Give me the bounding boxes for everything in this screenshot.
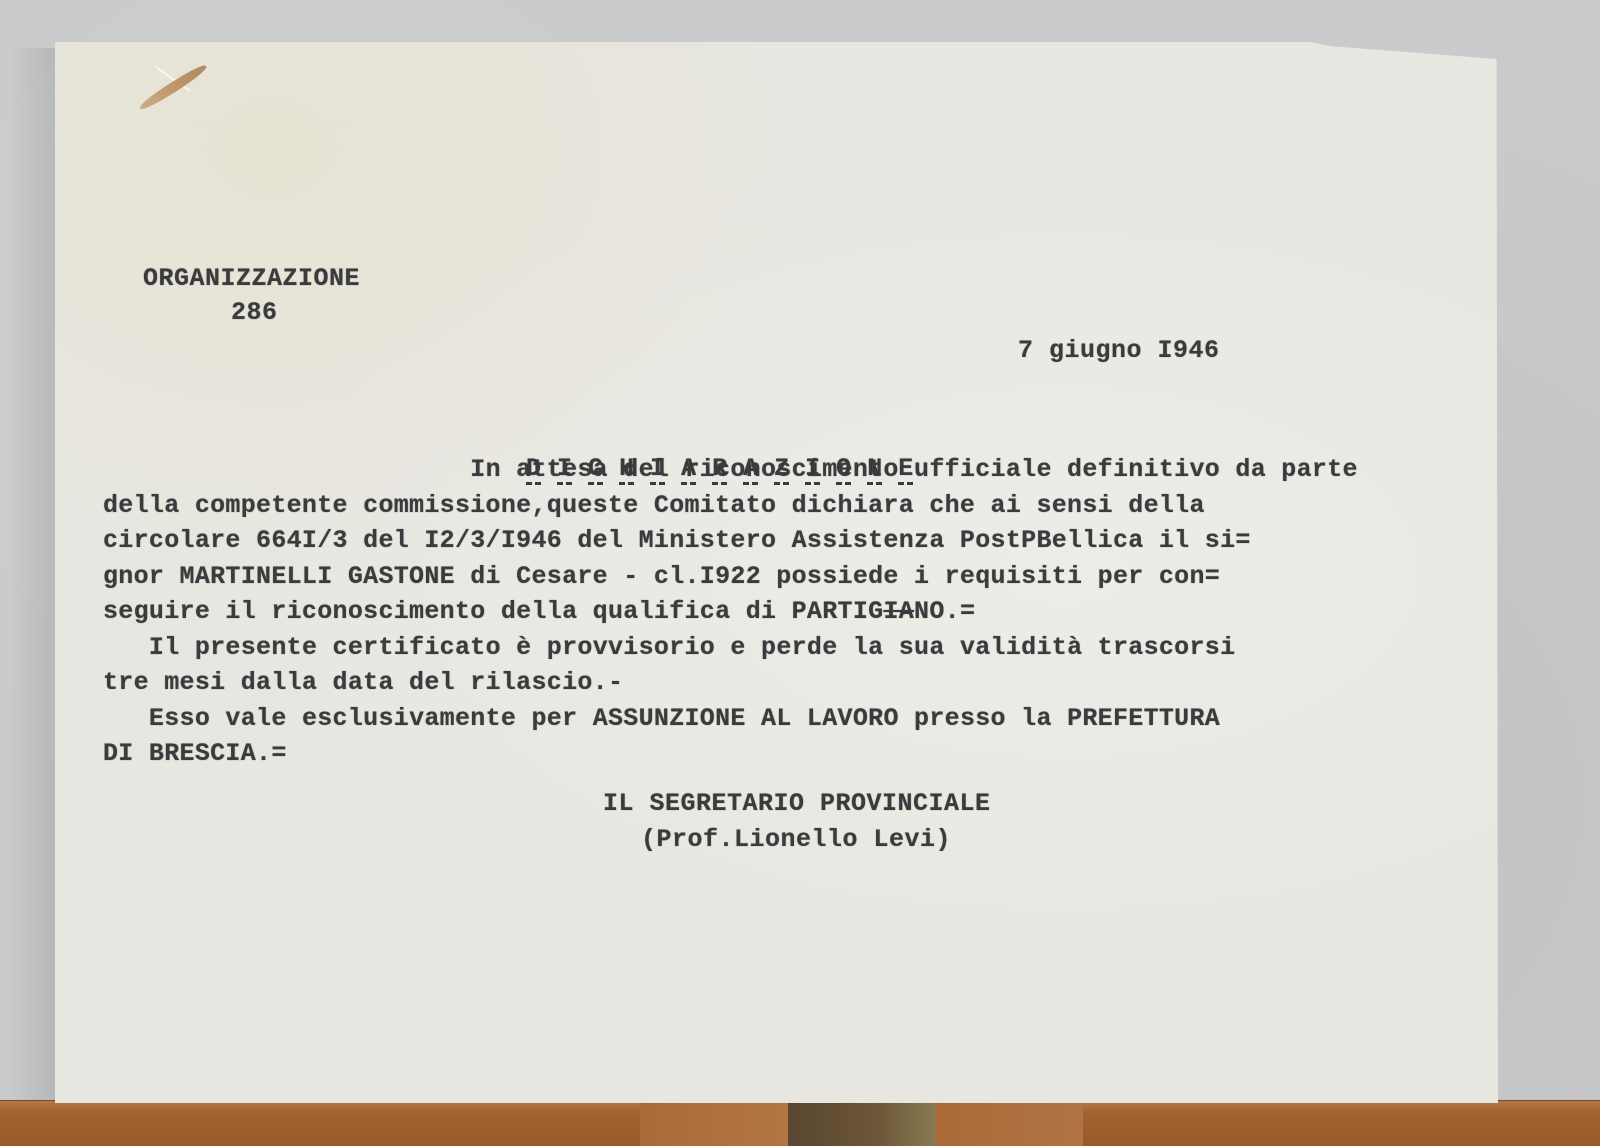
body-line: tre mesi dalla data del rilascio.- [103, 665, 1358, 701]
shelf-divider [640, 1100, 788, 1146]
organization-number: 286 [231, 296, 278, 330]
body-line: della competente commissione,queste Comi… [103, 488, 1358, 524]
body-line: In attesa del riconoscimento ufficiale d… [103, 452, 1358, 488]
backdrop-shadow [8, 48, 58, 1103]
document-date: 7 giugno I946 [1018, 334, 1220, 368]
body-line: gnor MARTINELLI GASTONE di Cesare - cl.I… [103, 559, 1358, 595]
organization-label: ORGANIZZAZIONE [143, 262, 360, 296]
shelf-plank-right [1083, 1100, 1600, 1146]
body-line: Esso vale esclusivamente per ASSUNZIONE … [103, 701, 1358, 737]
body-line: DI BRESCIA.= [103, 736, 1358, 772]
struck-out-text: IA [883, 597, 914, 626]
shelf-divider [788, 1100, 936, 1146]
document-body: In attesa del riconoscimento ufficiale d… [103, 452, 1358, 772]
body-line: circolare 664I/3 del I2/3/I946 del Minis… [103, 523, 1358, 559]
body-line: Il presente certificato è provvisorio e … [103, 630, 1358, 666]
body-line: seguire il riconoscimento della qualific… [103, 594, 1358, 630]
signatory-title: IL SEGRETARIO PROVINCIALE [603, 787, 991, 821]
signatory-name: (Prof.Lionello Levi) [641, 823, 951, 857]
shelf-divider [936, 1100, 1083, 1146]
shelf-plank-left [0, 1100, 640, 1146]
wooden-shelf [0, 1100, 1600, 1146]
